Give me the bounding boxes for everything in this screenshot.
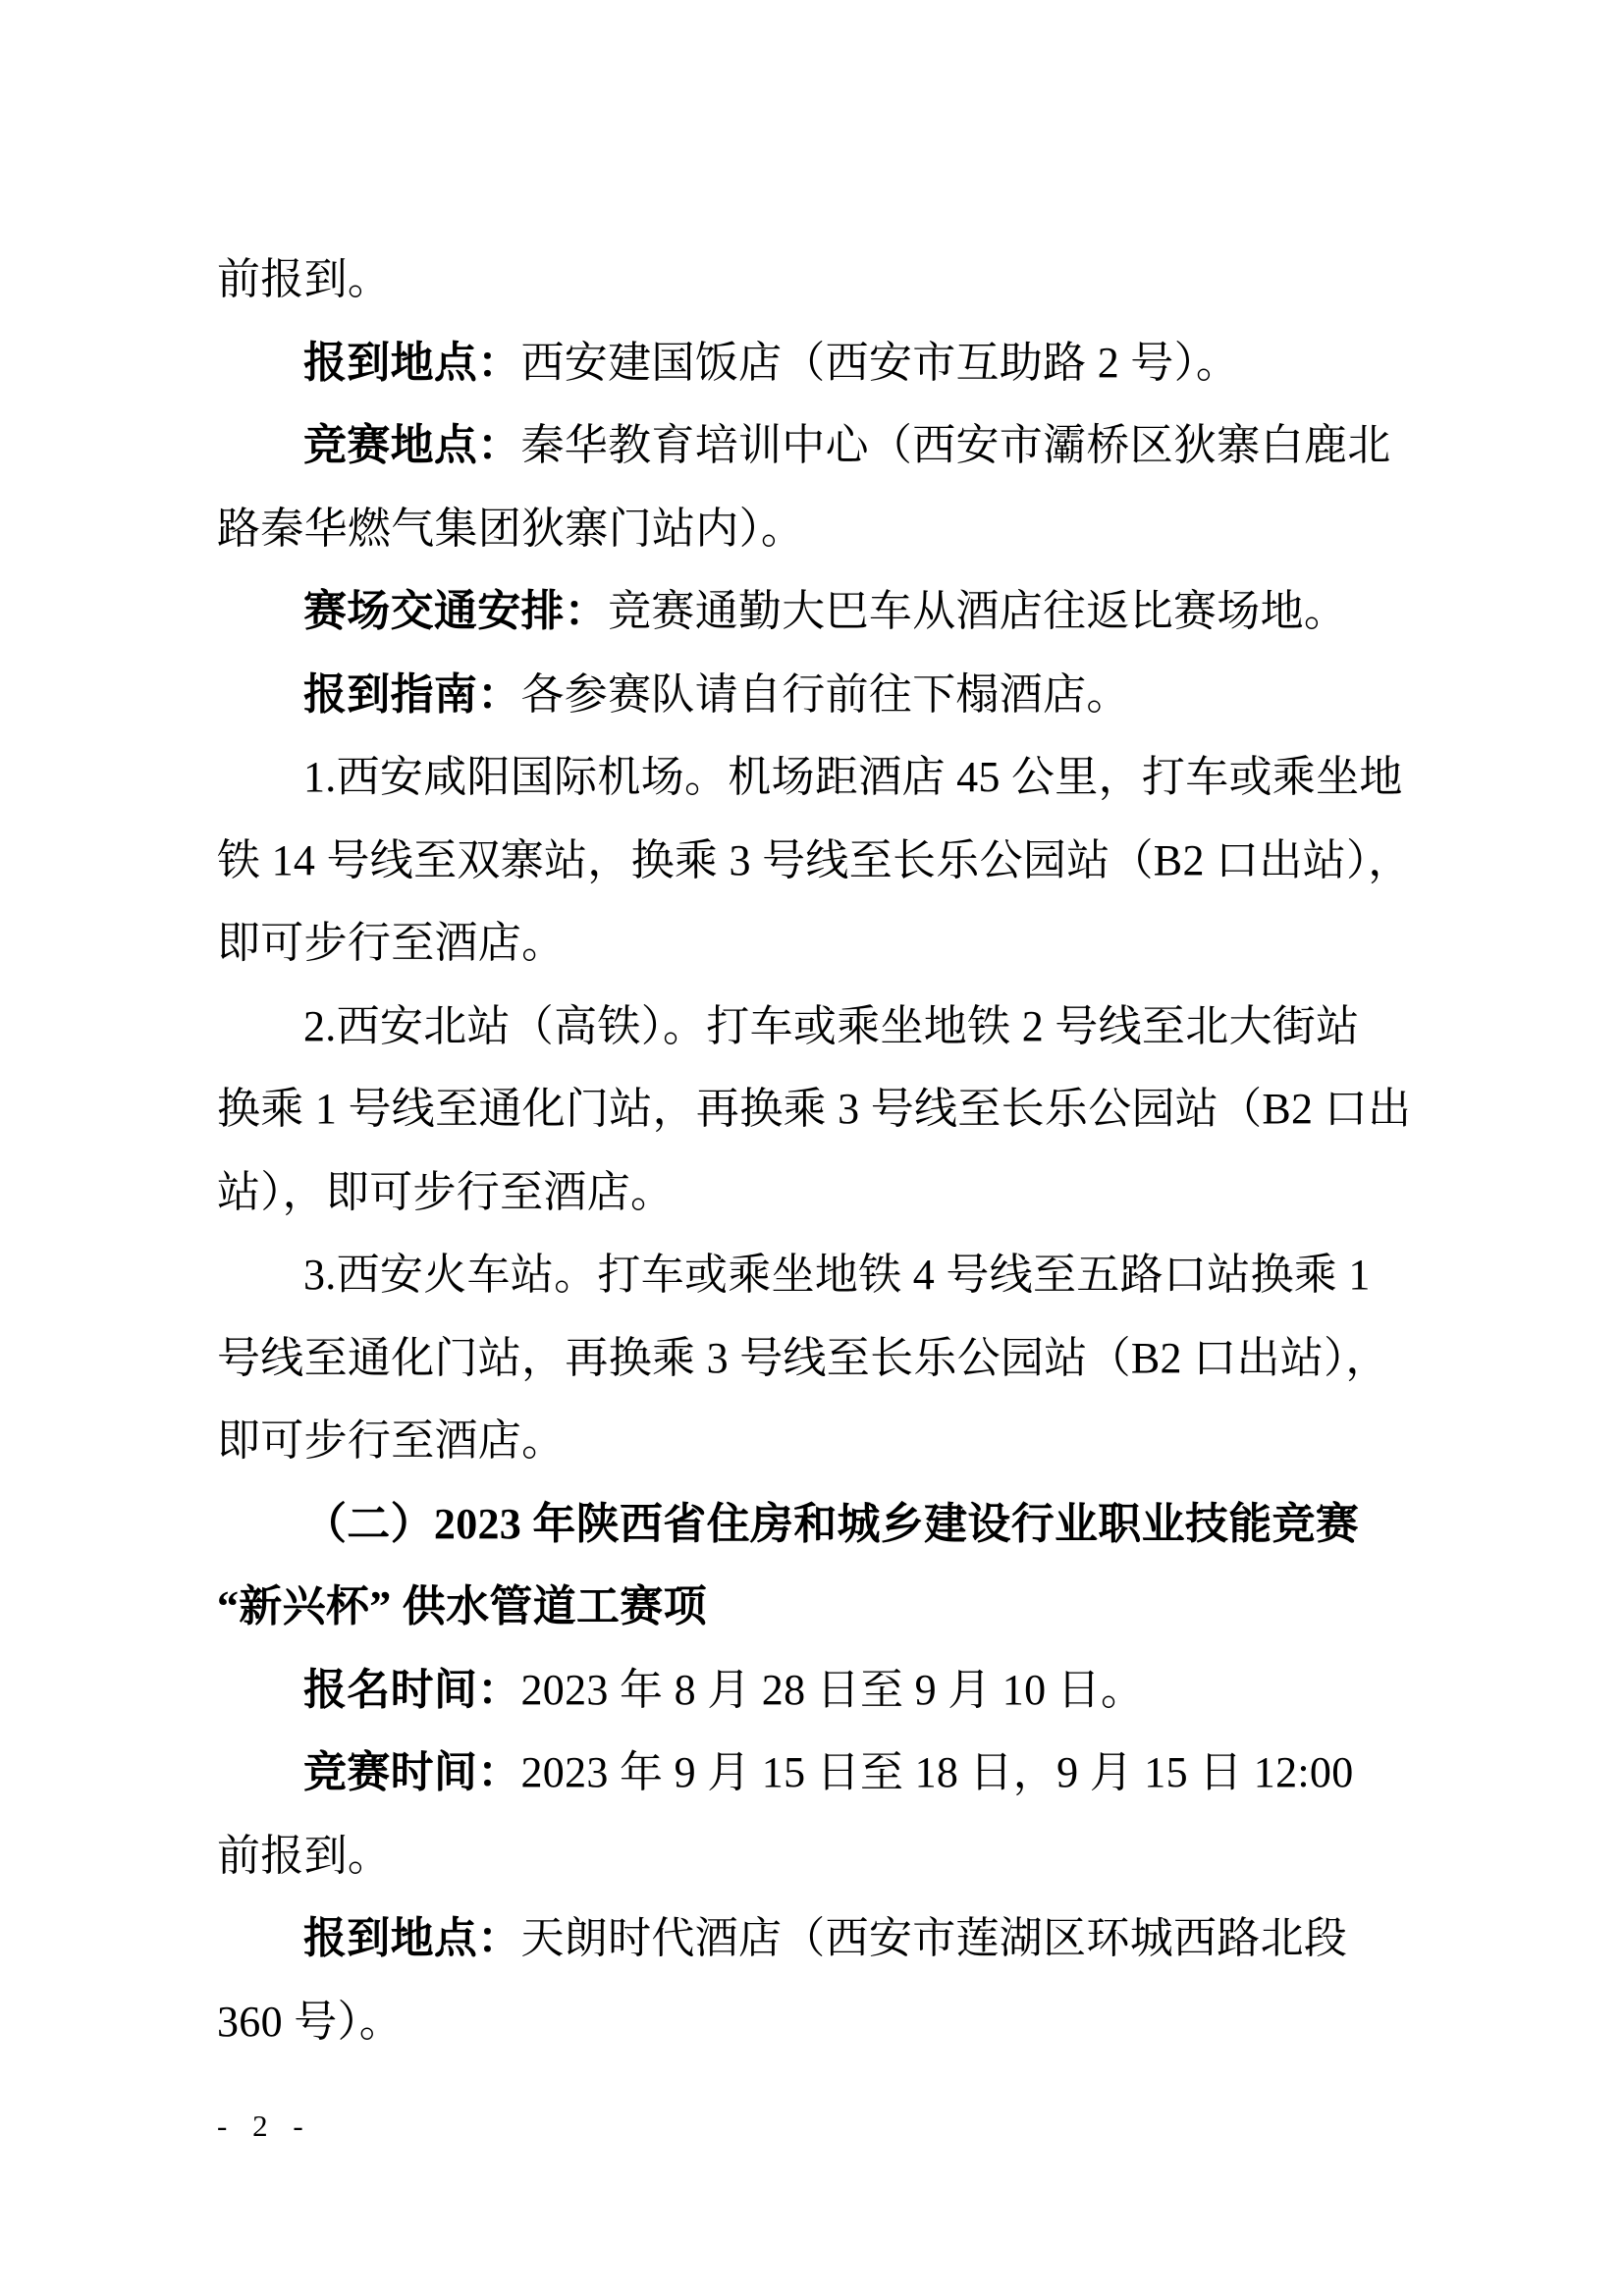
text-segment: 前报到。 bbox=[217, 1832, 391, 1880]
text-segment: 2.西安北站（高铁）。打车或乘坐地铁 2 号线至北大街站 bbox=[303, 1002, 1359, 1050]
text-line: 报到地点：西安建国饭店（西安市互助路 2 号）。 bbox=[217, 322, 1408, 405]
bold-label: 竞赛时间： bbox=[303, 1748, 521, 1796]
text-segment: 站），即可步行至酒店。 bbox=[217, 1168, 674, 1216]
text-segment: 各参赛队请自行前往下榻酒店。 bbox=[521, 670, 1130, 719]
bold-label: 报到地点： bbox=[303, 339, 521, 387]
text-segment: 天朗时代酒店（西安市莲湖区环城西路北段 bbox=[521, 1914, 1348, 1962]
text-line: 报到地点：天朗时代酒店（西安市莲湖区环城西路北段 bbox=[217, 1897, 1408, 1981]
text-line: 站），即可步行至酒店。 bbox=[217, 1151, 1408, 1235]
bold-label: 报到地点： bbox=[303, 1914, 521, 1962]
text-line: 即可步行至酒店。 bbox=[217, 1400, 1408, 1483]
text-line: 报名时间：2023 年 8 月 28 日至 9 月 10 日。 bbox=[217, 1649, 1408, 1733]
text-line: 报到指南：各参赛队请自行前往下榻酒店。 bbox=[217, 654, 1408, 737]
text-segment: 路秦华燃气集团狄寨门站内）。 bbox=[217, 505, 804, 553]
bold-label: “新兴杯” 供水管道工赛项 bbox=[217, 1582, 707, 1630]
bold-label: 报到指南： bbox=[303, 670, 521, 719]
text-line: 路秦华燃气集团狄寨门站内）。 bbox=[217, 488, 1408, 571]
text-segment: 铁 14 号线至双寨站，换乘 3 号线至长乐公园站（B2 口出站）， bbox=[217, 836, 1412, 884]
text-segment: 即可步行至酒店。 bbox=[217, 919, 565, 967]
page-number: - 2 - bbox=[217, 2107, 312, 2146]
text-line: 换乘 1 号线至通化门站，再换乘 3 号线至长乐公园站（B2 口出 bbox=[217, 1068, 1408, 1151]
text-line: 前报到。 bbox=[217, 239, 1408, 322]
text-line: 竞赛地点：秦华教育培训中心（西安市灞桥区狄寨白鹿北 bbox=[217, 404, 1408, 488]
bold-label: 报名时间： bbox=[303, 1666, 521, 1714]
text-segment: 360 号）。 bbox=[217, 1998, 403, 2046]
text-line: “新兴杯” 供水管道工赛项 bbox=[217, 1566, 1408, 1649]
text-line: 赛场交通安排：竞赛通勤大巴车从酒店往返比赛场地。 bbox=[217, 570, 1408, 654]
text-line: 3.西安火车站。打车或乘坐地铁 4 号线至五路口站换乘 1 bbox=[217, 1234, 1408, 1317]
bold-label: 竞赛地点： bbox=[303, 421, 521, 469]
text-segment: 秦华教育培训中心（西安市灞桥区狄寨白鹿北 bbox=[521, 421, 1391, 469]
text-segment: 2023 年 8 月 28 日至 9 月 10 日。 bbox=[521, 1666, 1145, 1714]
text-line: 前报到。 bbox=[217, 1815, 1408, 1898]
text-line: 号线至通化门站，再换乘 3 号线至长乐公园站（B2 口出站）， bbox=[217, 1317, 1408, 1401]
text-line: 即可步行至酒店。 bbox=[217, 902, 1408, 986]
text-line: 铁 14 号线至双寨站，换乘 3 号线至长乐公园站（B2 口出站）， bbox=[217, 820, 1408, 903]
text-line: 竞赛时间：2023 年 9 月 15 日至 18 日，9 月 15 日 12:0… bbox=[217, 1732, 1408, 1815]
text-segment: 竞赛通勤大巴车从酒店往返比赛场地。 bbox=[608, 587, 1347, 635]
text-line: 2.西安北站（高铁）。打车或乘坐地铁 2 号线至北大街站 bbox=[217, 986, 1408, 1069]
text-line: 360 号）。 bbox=[217, 1981, 1408, 2064]
document-body: 前报到。报到地点：西安建国饭店（西安市互助路 2 号）。竞赛地点：秦华教育培训中… bbox=[217, 239, 1408, 2063]
bold-label: （二）2023 年陕西省住房和城乡建设行业职业技能竞赛 bbox=[303, 1500, 1359, 1548]
document-page: 前报到。报到地点：西安建国饭店（西安市互助路 2 号）。竞赛地点：秦华教育培训中… bbox=[0, 0, 1624, 2296]
text-segment: 号线至通化门站，再换乘 3 号线至长乐公园站（B2 口出站）， bbox=[217, 1334, 1389, 1382]
text-segment: 2023 年 9 月 15 日至 18 日，9 月 15 日 12:00 bbox=[521, 1748, 1354, 1796]
text-segment: 换乘 1 号线至通化门站，再换乘 3 号线至长乐公园站（B2 口出 bbox=[217, 1085, 1411, 1133]
text-line: （二）2023 年陕西省住房和城乡建设行业职业技能竞赛 bbox=[217, 1483, 1408, 1567]
text-segment: 即可步行至酒店。 bbox=[217, 1416, 565, 1465]
text-segment: 西安建国饭店（西安市互助路 2 号）。 bbox=[521, 339, 1240, 387]
bold-label: 赛场交通安排： bbox=[303, 587, 608, 635]
text-line: 1.西安咸阳国际机场。机场距酒店 45 公里，打车或乘坐地 bbox=[217, 736, 1408, 820]
text-segment: 前报到。 bbox=[217, 255, 391, 303]
text-segment: 1.西安咸阳国际机场。机场距酒店 45 公里，打车或乘坐地 bbox=[303, 753, 1403, 801]
text-segment: 3.西安火车站。打车或乘坐地铁 4 号线至五路口站换乘 1 bbox=[303, 1251, 1371, 1299]
